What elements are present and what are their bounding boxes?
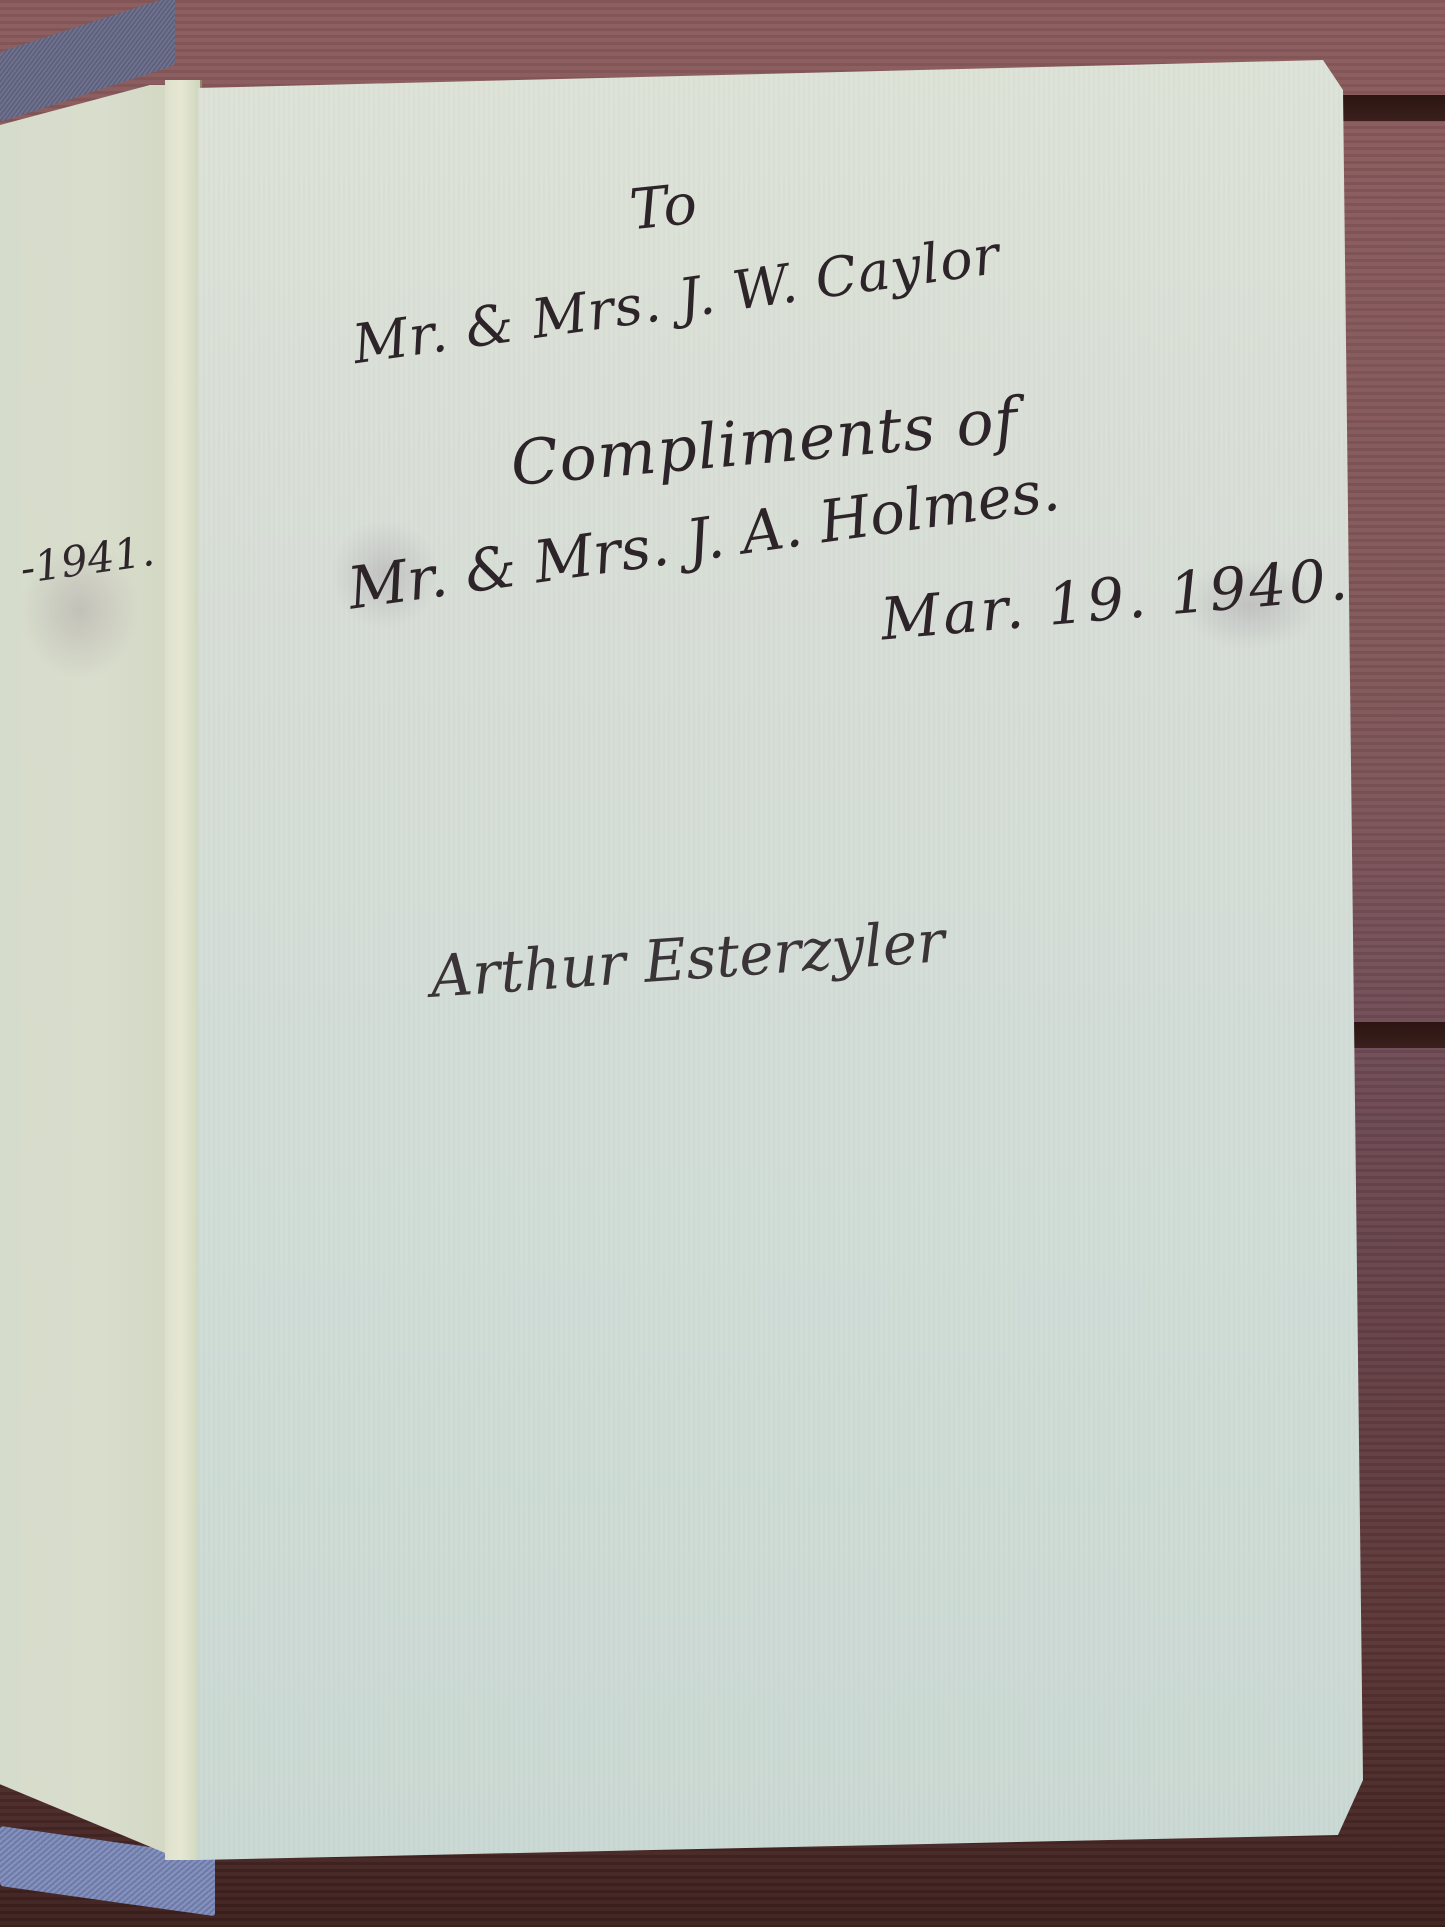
water-stain	[20, 540, 140, 680]
inscription-to: To	[627, 172, 700, 244]
book-gutter	[165, 80, 202, 1860]
left-endpaper	[0, 85, 170, 1855]
